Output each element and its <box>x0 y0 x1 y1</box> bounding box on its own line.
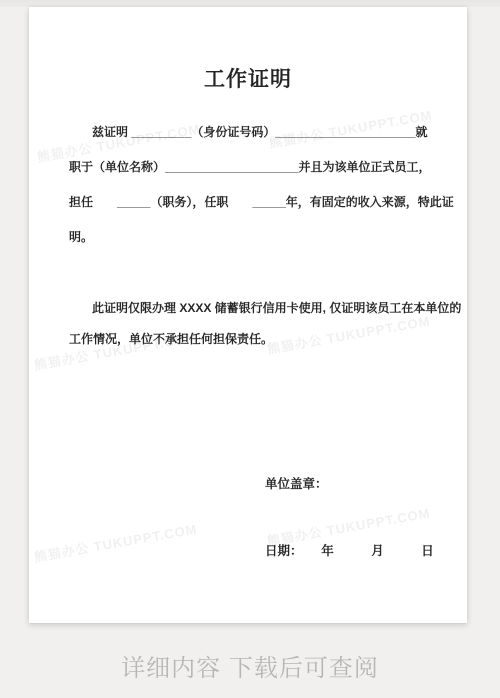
disclaimer-paragraph: 此证明仅限办理 XXXX 储蓄银行信用卡使用, 仅证明该员工在本单位的 工作情况… <box>69 293 441 355</box>
disclaimer-line-1: 此证明仅限办理 XXXX 储蓄银行信用卡使用, 仅证明该员工在本单位的 <box>69 293 441 324</box>
certify-line-4: 明。 <box>69 220 441 255</box>
preview-stage: 熊猫办公 TUKUPPT.COM 熊猫办公 TUKUPPT.COM 熊猫办公 T… <box>0 0 500 698</box>
download-notice: 详细内容 下载后可查阅 <box>0 648 500 683</box>
disclaimer-line-2: 工作情况，单位不承担任何担保责任。 <box>69 324 441 355</box>
document-page: 熊猫办公 TUKUPPT.COM 熊猫办公 TUKUPPT.COM 熊猫办公 T… <box>29 7 467 623</box>
certify-paragraph: 兹证明 _________（身份证号码）____________________… <box>69 115 441 255</box>
watermark: 熊猫办公 TUKUPPT.COM <box>32 518 198 565</box>
unit-seal-label: 单位盖章： <box>265 474 328 492</box>
certify-line-3: 担任 _____（职务），任职 _____年，有固定的收入来源，特此证 <box>69 185 441 220</box>
certify-line-1: 兹证明 _________（身份证号码）____________________… <box>69 115 441 150</box>
certify-line-2: 职于（单位名称）____________________并且为该单位正式员工， <box>69 150 441 185</box>
date-line: 日期： 年 月 日 <box>265 541 434 559</box>
document-title: 工作证明 <box>29 63 467 93</box>
top-gap-strip <box>0 0 500 7</box>
